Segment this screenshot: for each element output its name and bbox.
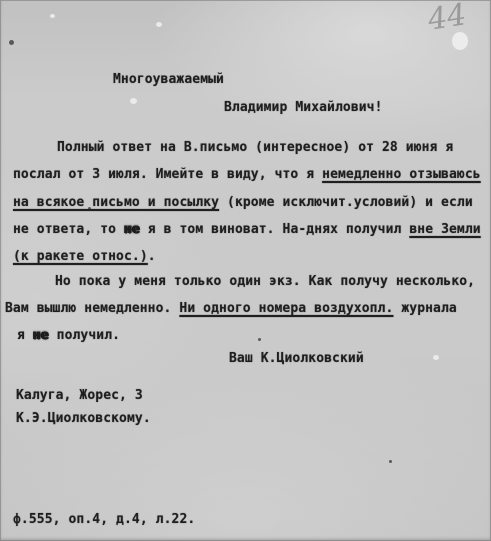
paper-blemish: [156, 22, 162, 27]
paragraph-2-line-1: Но пока у меня только один экз. Как полу…: [55, 274, 475, 289]
paragraph-1-line-3: на всякое письмо и посылку (кроме исключ…: [13, 195, 473, 210]
archive-reference: ф.555, оп.4, д.4, л.22.: [13, 512, 195, 527]
line-text: я: [17, 328, 33, 343]
signature: Ваш К.Циолковский: [229, 351, 364, 366]
underlined-text: (к ракете относ.): [13, 249, 148, 264]
address-line-1: Калуга, Жорес, 3: [16, 388, 143, 403]
overstruck-word: не: [33, 328, 49, 343]
paper-blemish: [258, 338, 261, 341]
line-text: не ответа, то: [13, 222, 124, 237]
paragraph-1-line-1: Полный ответ на В.письмо (интересное) от…: [57, 140, 453, 155]
salutation-line: Многоуважаемый: [113, 72, 224, 87]
underlined-text: немедленно отзываюсь: [322, 167, 481, 182]
paragraph-2-line-2: Вам вышлю немедленно. Ни одного номера в…: [5, 301, 457, 316]
scanned-letter-page: 44 Многоуважаемый Владимир Михайлович! П…: [0, 0, 491, 541]
line-text: Вам вышлю немедленно.: [5, 301, 179, 316]
paper-blemish: [50, 14, 55, 18]
line-text: (кроме исключит.условий) и если: [219, 195, 473, 210]
underlined-text: вне Земли: [409, 222, 480, 237]
line-text: я в том виноват. На-днях получил: [140, 222, 410, 237]
paragraph-1-line-2: послал от 3 июля. Имейте в виду, что я н…: [13, 167, 481, 182]
overstruck-word: не: [124, 222, 140, 237]
paper-blemish: [433, 355, 439, 360]
paragraph-2-line-3: я не получил.: [17, 328, 120, 343]
paragraph-1-line-5: (к ракете относ.).: [13, 249, 156, 264]
paragraph-1-line-4: не ответа, то не я в том виноват. На-дня…: [13, 222, 481, 237]
line-text: получил.: [49, 328, 120, 343]
line-text: журнала: [393, 301, 456, 316]
paper-blemish: [9, 40, 14, 45]
line-text: .: [148, 249, 156, 264]
paper-blemish: [389, 460, 392, 463]
address-line-2: К.Э.Циолковскому.: [16, 411, 151, 426]
underlined-text: Ни одного номера воздухопл.: [179, 301, 393, 316]
line-text: послал от 3 июля. Имейте в виду, что я: [13, 167, 322, 182]
underlined-text: на всякое письмо и посылку: [13, 195, 219, 210]
paper-blemish: [452, 32, 468, 50]
recipient-name: Владимир Михайлович!: [224, 100, 383, 115]
paper-blemish: [130, 98, 137, 104]
